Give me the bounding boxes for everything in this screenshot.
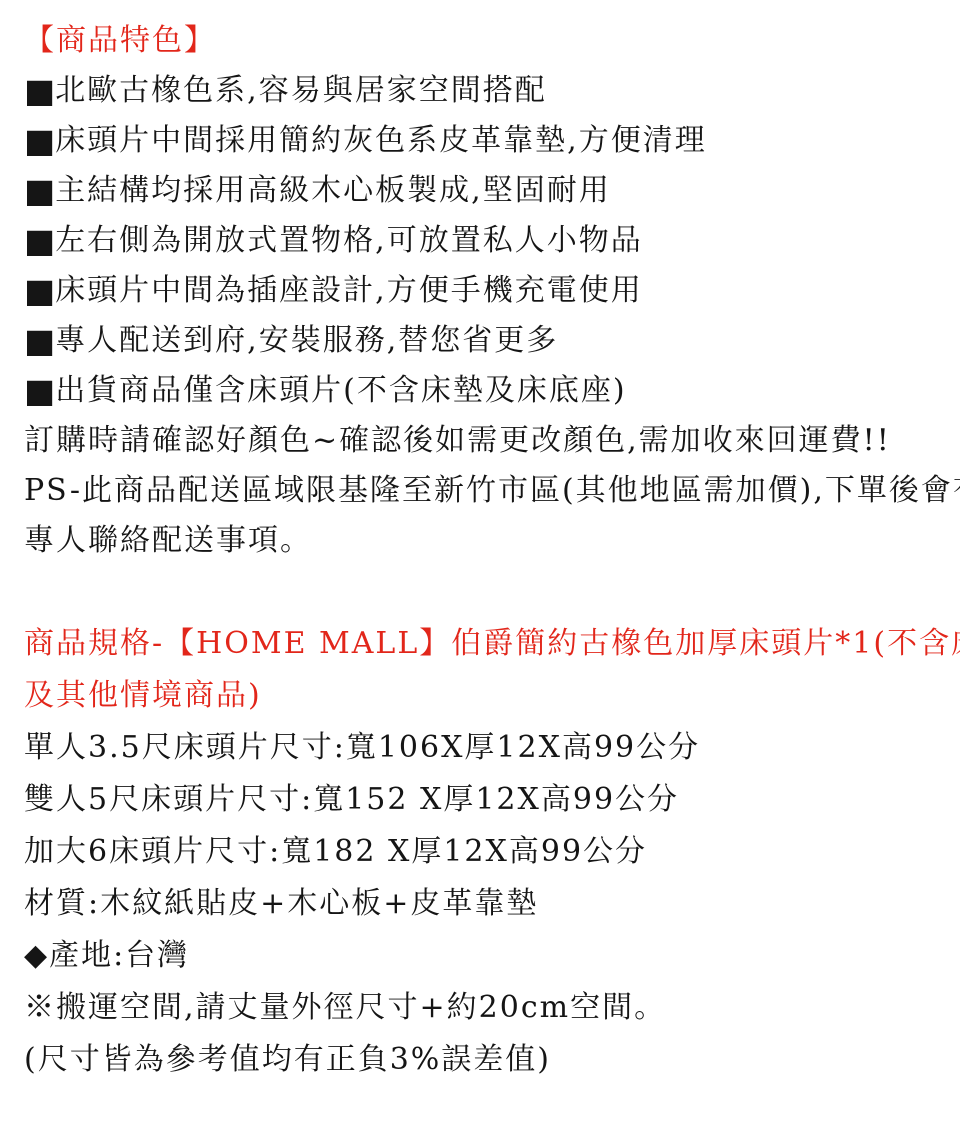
specs-heading-line-1: 商品規格-【HOME MALL】伯爵簡約古橡色加厚床頭片*1(不含床墊、床底	[24, 618, 940, 670]
feature-item-text: 出貨商品僅含床頭片(不含床墊及床底座)	[55, 373, 626, 408]
bullet-square-icon: ■	[24, 221, 55, 260]
feature-item-text: 左右側為開放式置物格,可放置私人小物品	[55, 223, 643, 258]
bullet-square-icon: ■	[24, 71, 55, 110]
feature-item: ■床頭片中間為插座設計,方便手機充電使用	[24, 266, 940, 316]
spec-moving-space: ※搬運空間,請丈量外徑尺寸+約20cm空間。	[24, 982, 940, 1034]
feature-item-text: 主結構均採用高級木心板製成,堅固耐用	[55, 173, 611, 208]
color-confirm-note: 訂購時請確認好顏色~確認後如需更改顏色,需加收來回運費!!	[24, 416, 940, 466]
spec-size-double: 雙人5尺床頭片尺寸:寬152 X厚12X高99公分	[24, 774, 940, 826]
product-description-page: 【商品特色】 ■北歐古橡色系,容易與居家空間搭配 ■床頭片中間採用簡約灰色系皮革…	[0, 0, 960, 1086]
bullet-square-icon: ■	[24, 321, 55, 360]
spec-size-king: 加大6床頭片尺寸:寬182 X厚12X高99公分	[24, 826, 940, 878]
bullet-square-icon: ■	[24, 371, 55, 410]
spec-size-single: 單人3.5尺床頭片尺寸:寬106X厚12X高99公分	[24, 722, 940, 774]
feature-item: ■床頭片中間採用簡約灰色系皮革靠墊,方便清理	[24, 116, 940, 166]
specs-heading-line-2: 及其他情境商品)	[24, 670, 940, 722]
delivery-note-line-2: 專人聯絡配送事項。	[24, 516, 940, 566]
features-heading: 【商品特色】	[24, 16, 940, 66]
spec-material: 材質:木紋紙貼皮+木心板+皮革靠墊	[24, 878, 940, 930]
feature-item: ■主結構均採用高級木心板製成,堅固耐用	[24, 166, 940, 216]
feature-item: ■北歐古橡色系,容易與居家空間搭配	[24, 66, 940, 116]
blank-line	[24, 566, 940, 618]
bullet-square-icon: ■	[24, 121, 55, 160]
bullet-square-icon: ■	[24, 271, 55, 310]
delivery-note-line-1: PS-此商品配送區域限基隆至新竹市區(其他地區需加價),下單後會有	[24, 466, 940, 516]
feature-item-text: 床頭片中間採用簡約灰色系皮革靠墊,方便清理	[55, 123, 707, 158]
feature-item-text: 北歐古橡色系,容易與居家空間搭配	[55, 73, 547, 108]
feature-item: ■出貨商品僅含床頭片(不含床墊及床底座)	[24, 366, 940, 416]
spec-tolerance: (尺寸皆為參考值均有正負3%誤差值)	[24, 1034, 940, 1086]
feature-item: ■專人配送到府,安裝服務,替您省更多	[24, 316, 940, 366]
bullet-square-icon: ■	[24, 171, 55, 210]
spec-origin: ◆產地:台灣	[24, 930, 940, 982]
feature-item-text: 床頭片中間為插座設計,方便手機充電使用	[55, 273, 643, 308]
feature-item-text: 專人配送到府,安裝服務,替您省更多	[55, 323, 558, 358]
feature-item: ■左右側為開放式置物格,可放置私人小物品	[24, 216, 940, 266]
